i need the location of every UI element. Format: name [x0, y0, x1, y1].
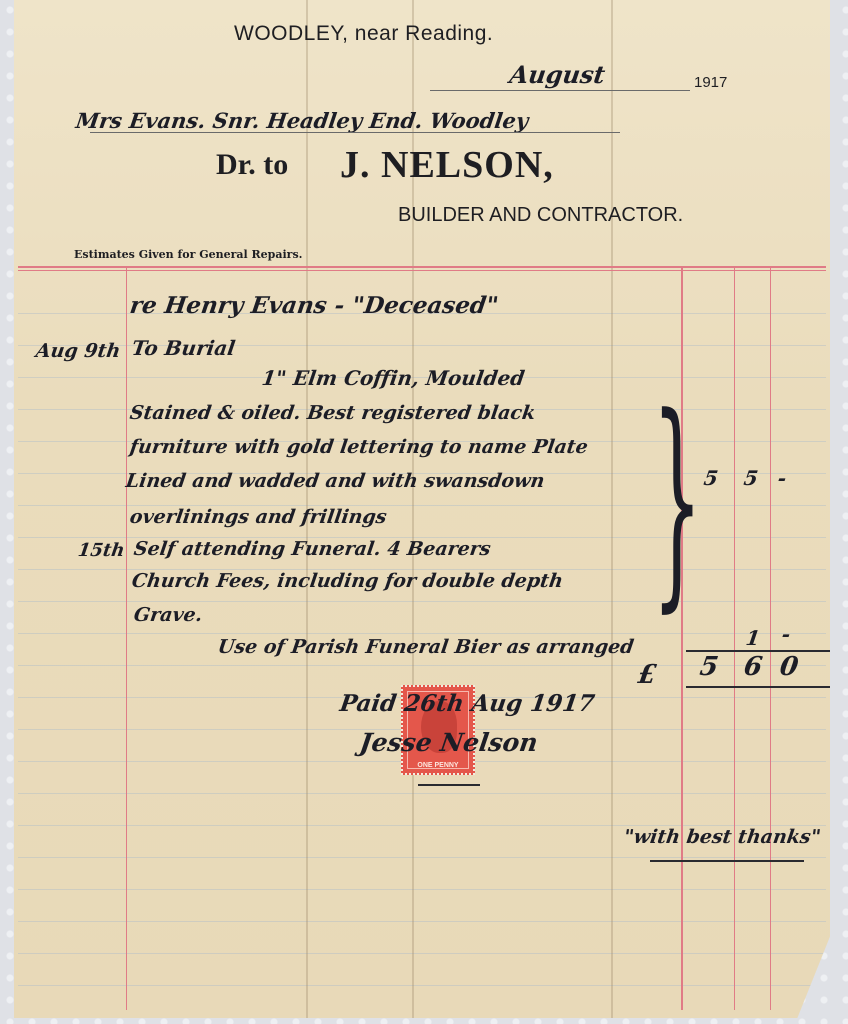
- header-rule: [18, 270, 826, 271]
- entry-line: 1" Elm Coffin, Moulded: [260, 366, 526, 390]
- business-name: J. NELSON,: [340, 143, 554, 187]
- entry-date: 15th: [77, 540, 126, 561]
- signature-flourish: [418, 784, 480, 786]
- pence-column-line: [770, 268, 771, 1010]
- entry-date: Aug 9th: [34, 340, 121, 362]
- entry-line: Grave.: [132, 604, 203, 626]
- total-rule: [686, 686, 830, 688]
- date-line: [430, 90, 690, 91]
- closing-underline: [650, 860, 804, 862]
- signature: Jesse Nelson: [358, 728, 540, 757]
- entry-line: To Burial: [130, 336, 236, 360]
- estimates-note: Estimates Given for General Repairs.: [74, 248, 302, 261]
- entry-line: overlinings and frillings: [128, 506, 388, 528]
- invoice-subject: re Henry Evans - "Deceased": [128, 292, 500, 319]
- letterhead-town: WOODLEY, near Reading.: [234, 22, 493, 46]
- business-trade: BUILDER AND CONTRACTOR.: [398, 204, 683, 227]
- entry-line: Use of Parish Funeral Bier as arranged: [216, 636, 635, 658]
- header-rule: [18, 266, 826, 268]
- invoice-month: August: [508, 60, 607, 89]
- entry-line: Church Fees, including for double depth: [130, 570, 564, 592]
- date-margin-line: [126, 268, 127, 1010]
- closing-note: "with best thanks": [622, 826, 822, 848]
- entry-line: Stained & oiled. Best registered black: [128, 402, 536, 424]
- customer-line: [90, 132, 620, 133]
- paid-note: Paid 26th Aug 1917: [338, 690, 596, 717]
- stamp-value: ONE PENNY: [403, 762, 473, 769]
- items-brace: }: [652, 388, 702, 614]
- shillings-column-line: [734, 268, 735, 1010]
- entry-line: Self attending Funeral. 4 Bearers: [132, 538, 492, 560]
- fold-crease: [611, 0, 613, 1018]
- debtor-prefix: Dr. to: [216, 148, 288, 182]
- entry-line: Lined and wadded and with swansdown: [124, 470, 546, 492]
- customer-name: Mrs Evans. Snr. Headley End. Woodley: [74, 108, 530, 133]
- invoice-year: 1917: [694, 74, 727, 91]
- entry-line: furniture with gold lettering to name Pl…: [128, 436, 589, 458]
